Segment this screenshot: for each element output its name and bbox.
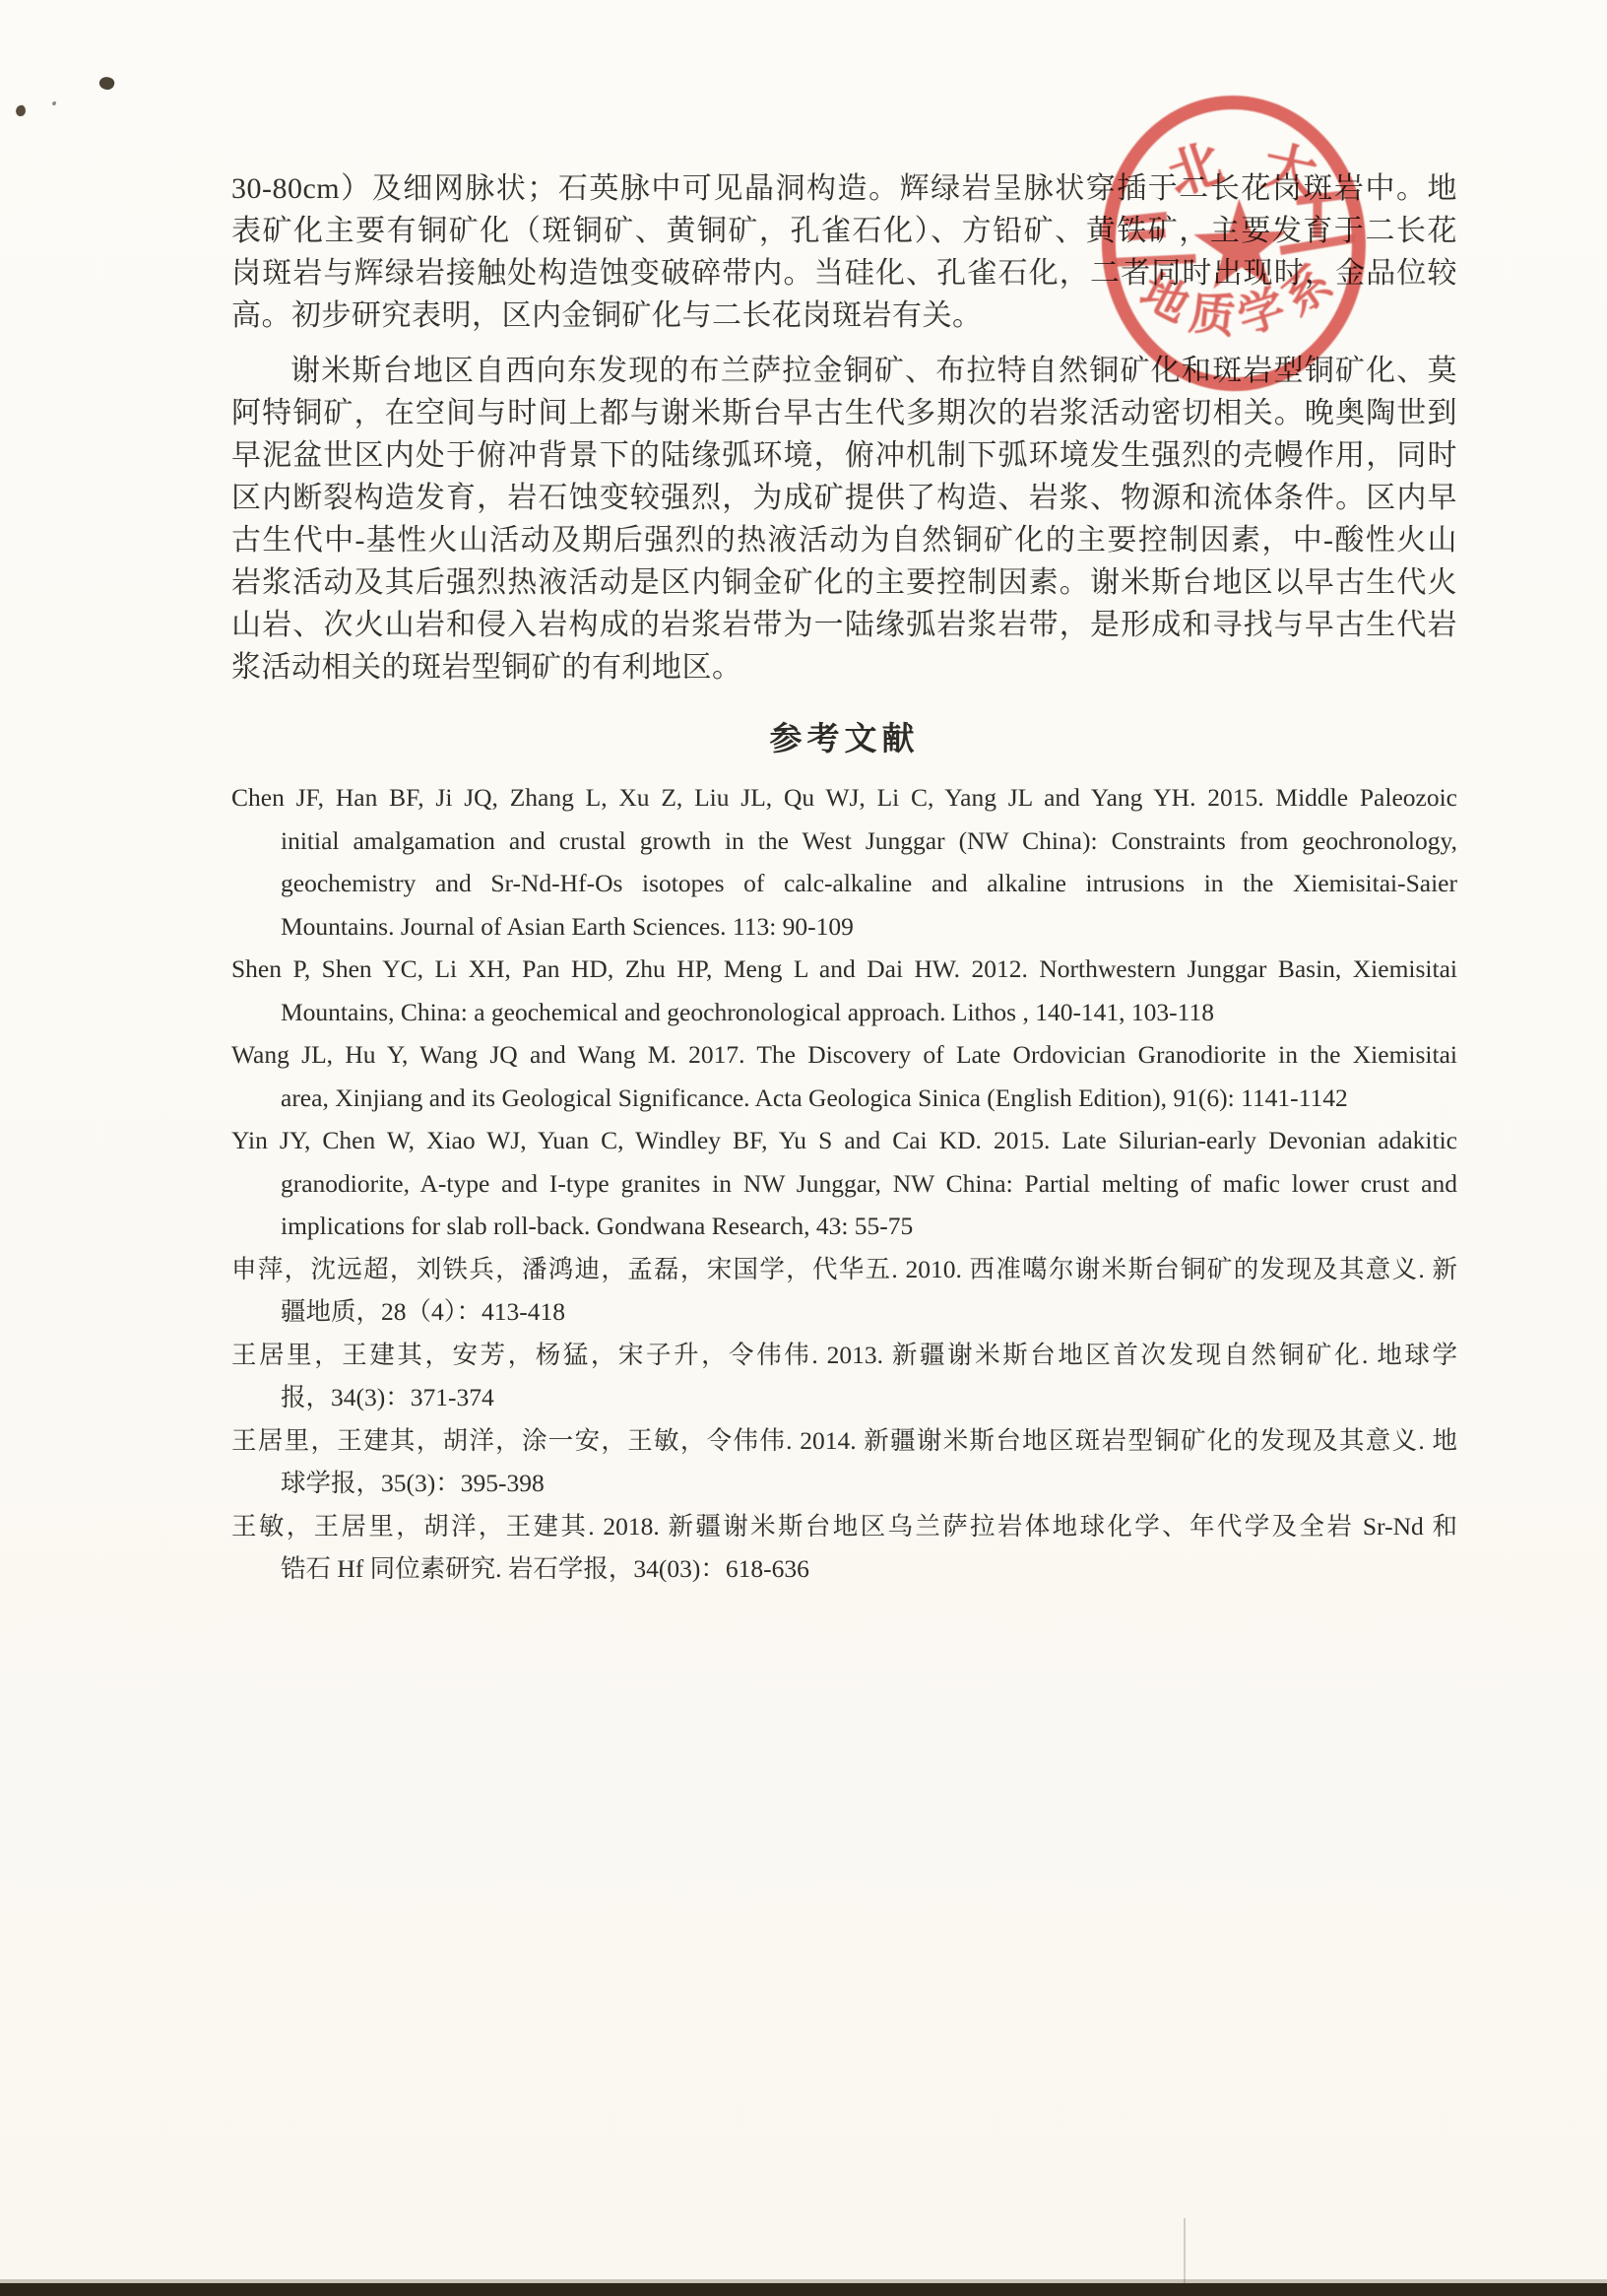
reference-entry: 申萍，沈远超，刘铁兵，潘鸿迪，孟磊，宋国学，代华五. 2010. 西准噶尔谢米斯… [231, 1248, 1457, 1334]
reference-line: 王居里，王建其，安芳，杨猛，宋子升，令伟伟. 2013. 新疆谢米斯台地区首次发… [231, 1334, 1457, 1377]
paragraph-conclusion: 谢米斯台地区自西向东发现的布兰萨拉金铜矿、布拉特自然铜矿化和斑岩型铜矿化、莫 阿… [231, 350, 1457, 689]
reference-line: Wang JL, Hu Y, Wang JQ and Wang M. 2017.… [231, 1033, 1457, 1077]
reference-line: area, Xinjiang and its Geological Signif… [231, 1077, 1457, 1120]
ink-speck [52, 101, 56, 105]
reference-line: granodiorite, A-type and I-type granites… [231, 1162, 1457, 1206]
scan-bottom-edge [0, 2283, 1607, 2296]
reference-entry: 王敏，王居里，胡洋，王建其. 2018. 新疆谢米斯台地区乌兰萨拉岩体地球化学、… [231, 1505, 1457, 1591]
reference-line: 王居里，王建其，胡洋，涂一安，王敏，令伟伟. 2014. 新疆谢米斯台地区斑岩型… [231, 1419, 1457, 1463]
reference-line: Yin JY, Chen W, Xiao WJ, Yuan C, Windley… [231, 1119, 1457, 1162]
reference-line: 锆石 Hf 同位素研究. 岩石学报，34(03)：618-636 [231, 1547, 1457, 1591]
star-icon [1192, 197, 1289, 290]
reference-line: 申萍，沈远超，刘铁兵，潘鸿迪，孟磊，宋国学，代华五. 2010. 西准噶尔谢米斯… [231, 1248, 1457, 1291]
reference-entry: Wang JL, Hu Y, Wang JQ and Wang M. 2017.… [231, 1033, 1457, 1119]
reference-line: initial amalgamation and crustal growth … [231, 820, 1457, 863]
body-line: 早泥盆世区内处于俯冲背景下的陆缘弧环境，俯冲机制下弧环境发生强烈的壳幔作用，同时 [231, 434, 1457, 477]
reference-line: Mountains, China: a geochemical and geoc… [231, 991, 1457, 1034]
reference-entry: Yin JY, Chen W, Xiao WJ, Yuan C, Windley… [231, 1119, 1457, 1248]
reference-line: 报，34(3)：371-374 [231, 1376, 1457, 1419]
reference-line: Mountains. Journal of Asian Earth Scienc… [231, 905, 1457, 949]
body-line: 岩浆活动及其后强烈热液活动是区内铜金矿化的主要控制因素。谢米斯台地区以早古生代火 [231, 561, 1457, 604]
scanned-page: 30-80cm）及细网脉状；石英脉中可见晶洞构造。辉绿岩呈脉状穿插于二长花岗斑岩… [0, 0, 1607, 2296]
body-line: 古生代中-基性火山活动及期后强烈的热液活动为自然铜矿化的主要控制因素，中-酸性火… [231, 519, 1457, 561]
body-line: 山岩、次火山岩和侵入岩构成的岩浆岩带为一陆缘弧岩浆岩带，是形成和寻找与早古生代岩 [231, 604, 1457, 646]
reference-entry: Chen JF, Han BF, Ji JQ, Zhang L, Xu Z, L… [231, 776, 1457, 948]
reference-line: geochemistry and Sr-Nd-Hf-Os isotopes of… [231, 862, 1457, 905]
reference-line: Shen P, Shen YC, Li XH, Pan HD, Zhu HP, … [231, 948, 1457, 991]
body-line: 浆活动相关的斑岩型铜矿的有利地区。 [231, 646, 1457, 689]
reference-line: Chen JF, Han BF, Ji JQ, Zhang L, Xu Z, L… [231, 776, 1457, 820]
reference-line: implications for slab roll-back. Gondwan… [231, 1205, 1457, 1248]
stamp-top-left-char: 北 [1161, 133, 1231, 206]
reference-entry: 王居里，王建其，胡洋，涂一安，王敏，令伟伟. 2014. 新疆谢米斯台地区斑岩型… [231, 1419, 1457, 1505]
reference-list: Chen JF, Han BF, Ji JQ, Zhang L, Xu Z, L… [231, 776, 1457, 1591]
reference-line: 疆地质，28（4）：413-418 [231, 1290, 1457, 1334]
body-line: 区内断裂构造发育，岩石蚀变较强烈，为成矿提供了构造、岩浆、物源和流体条件。区内早 [231, 477, 1457, 519]
scan-streak [1184, 2218, 1186, 2285]
ink-speck [15, 104, 27, 117]
reference-line: 球学报，35(3)：395-398 [231, 1462, 1457, 1505]
department-stamp: 北 大 地质学系 [1090, 88, 1382, 405]
ink-speck [97, 75, 116, 93]
reference-entry: 王居里，王建其，安芳，杨猛，宋子升，令伟伟. 2013. 新疆谢米斯台地区首次发… [231, 1334, 1457, 1419]
references-heading: 参考文献 [231, 719, 1457, 761]
reference-entry: Shen P, Shen YC, Li XH, Pan HD, Zhu HP, … [231, 948, 1457, 1033]
reference-line: 王敏，王居里，胡洋，王建其. 2018. 新疆谢米斯台地区乌兰萨拉岩体地球化学、… [231, 1505, 1457, 1548]
